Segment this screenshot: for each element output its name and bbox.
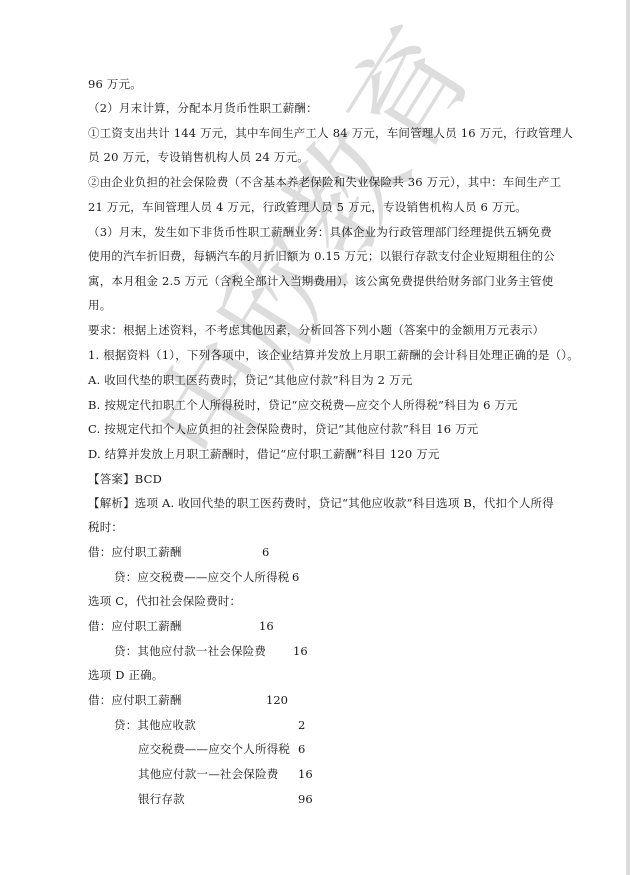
journal-debit-amount: 120 bbox=[266, 692, 288, 708]
paragraph-line: ②由企业负担的社会保险费（不含基本养老保险和失业保险共 36 万元），其中：车间… bbox=[88, 174, 561, 190]
option-d: D. 结算并发放上月职工薪酬时，借记“应付职工薪酬”科目 120 万元 bbox=[88, 446, 440, 462]
journal-credit-label: 贷：其他应收款 bbox=[114, 717, 196, 733]
question-stem: 1. 根据资料（1），下列各项中，该企业结算并发放上月职工薪酬的会计科目处理正确… bbox=[88, 347, 579, 363]
paragraph-line: 寓，本月租金 2.5 万元（含税全部计入当期费用），该公寓免费提供给财务部门业务… bbox=[88, 273, 553, 289]
paragraph-line: （3）月末，发生如下非货币性职工薪酬业务：具体企业为行政管理部门经理提供五辆免费 bbox=[88, 224, 552, 240]
analysis-line: 选项 D 正确。 bbox=[88, 667, 164, 683]
document-page: 中欣教育 96 万元。 （2）月末计算，分配本月货币性职工薪酬： ①工资支出共计… bbox=[0, 0, 626, 875]
journal-credit-amount: 6 bbox=[298, 741, 305, 757]
journal-credit-amount: 16 bbox=[293, 643, 308, 659]
paragraph-line: 用。 bbox=[88, 297, 111, 313]
journal-debit-label: 借：应付职工薪酬 bbox=[88, 618, 182, 634]
paragraph-line: 员 20 万元，专设销售机构人员 24 万元。 bbox=[88, 149, 309, 165]
paragraph-line: 使用的汽车折旧费，每辆汽车的月折旧额为 0.15 万元；以银行存款支付企业短期租… bbox=[88, 248, 555, 264]
journal-credit-label: 银行存款 bbox=[138, 791, 185, 807]
requirement-text: 要求：根据上述资料，不考虑其他因素，分析回答下列小题（答案中的金额用万元表示） bbox=[88, 322, 544, 338]
analysis-line: 选项 C，代扣社会保险费时： bbox=[88, 593, 241, 609]
journal-debit-amount: 6 bbox=[262, 544, 269, 560]
answer-label: 【答案】BCD bbox=[88, 471, 162, 487]
journal-credit-label: 其他应付款一—社会保险费 bbox=[138, 766, 278, 782]
journal-credit-label: 贷：其他应付款一社会保险费 bbox=[114, 643, 266, 659]
analysis-line: 【解析】选项 A. 收回代垫的职工医药费时，贷记“其他应收款”科目选项 B，代扣… bbox=[88, 495, 554, 511]
journal-credit-amount: 6 bbox=[292, 569, 299, 585]
journal-credit-label: 应交税费——应交个人所得税 bbox=[138, 741, 290, 757]
option-b: B. 按规定代扣职工个人所得税时，贷记“应交税费—应交个人所得税”科目为 6 万… bbox=[88, 397, 518, 413]
option-c: C. 按规定代扣个人应负担的社会保险费时，贷记“其他应付款”科目 16 万元 bbox=[88, 421, 479, 437]
journal-credit-amount: 96 bbox=[298, 791, 313, 807]
paragraph-line: 21 万元，车间管理人员 4 万元，行政管理人员 5 万元，专设销售机构人员 6… bbox=[88, 199, 527, 215]
paragraph-line: （2）月末计算，分配本月货币性职工薪酬： bbox=[88, 100, 318, 116]
option-a: A. 收回代垫的职工医药费时，贷记“其他应付款”科目为 2 万元 bbox=[88, 372, 412, 388]
journal-credit-amount: 16 bbox=[298, 766, 313, 782]
analysis-line: 税时： bbox=[88, 519, 123, 535]
journal-credit-label: 贷：应交税费——应交个人所得税 bbox=[114, 569, 290, 585]
journal-debit-label: 借：应付职工薪酬 bbox=[88, 544, 182, 560]
journal-debit-amount: 16 bbox=[259, 618, 274, 634]
paragraph-line: ①工资支出共计 144 万元，其中车间生产工人 84 万元，车间管理人员 16 … bbox=[88, 125, 573, 141]
page-edge bbox=[626, 0, 630, 875]
journal-debit-label: 借：应付职工薪酬 bbox=[88, 692, 182, 708]
journal-credit-amount: 2 bbox=[298, 717, 305, 733]
paragraph-line: 96 万元。 bbox=[88, 76, 142, 92]
